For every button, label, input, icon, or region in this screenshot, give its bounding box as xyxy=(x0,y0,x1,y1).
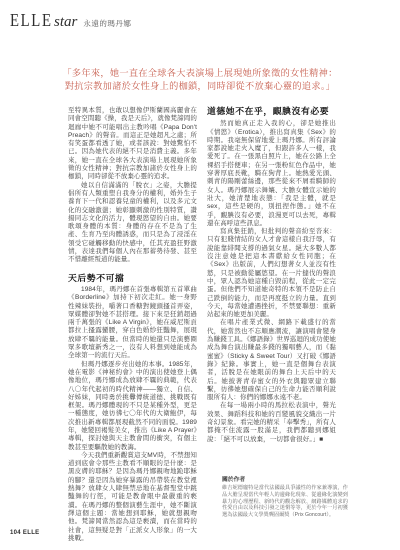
body-paragraph: 至特異本質，也敢以想像伊斯蘭國高麗會在同會空間聽《操，我是天后》，就像梵諦岡的迴… xyxy=(68,107,197,182)
pull-quote-line-1: 「多年來，她一直在全球各大表演場上展現她所象徵的女性精神： xyxy=(40,67,360,80)
section-heading-diva-unstoppable: 天后勢不可擋 xyxy=(68,274,197,282)
body-paragraph: 她以自信滿滿的「脫衣」之姿，大膽提倡所有人類重塑自我身分的權利，婚外生子養育下一… xyxy=(68,182,197,265)
body-paragraph: 在唱片產業式微、網路下載盛行的當代，她當然也不忘順應潮流，讓演唱會變身為賺錢工具… xyxy=(207,319,336,402)
body-paragraph: 1984年，瑪丹娜在首張專輯第五首單曲《Borderline》加持下初次走紅。她… xyxy=(68,286,197,361)
body-paragraph: 然而她真正走入我的心，卻是她推出《情慾》（Erotica），推出寫真集《Sex》… xyxy=(207,120,336,228)
body-paragraph: 但瑪丹娜逐步亮出她的本事。1985年，她在電影《神秘約會》中的演出使她登上偶像地… xyxy=(68,361,197,452)
magazine-page: ELLE star 永遠的瑪丹娜 「多年來，她一直在全球各大表演場上展現她所象徵… xyxy=(0,0,400,550)
left-column: 至特異本質，也敢以想像伊斯蘭國高麗會在同會空間聽《操，我是天后》，就像梵諦岡的迴… xyxy=(68,107,197,543)
page-header: ELLE star 永遠的瑪丹娜 xyxy=(10,10,131,31)
pull-quote: 「多年來，她一直在全球各大表演場上展現她所象徵的女性精神： 對抗宗教加諸於女性身… xyxy=(40,67,360,94)
section-heading-morality: 道德她不在乎，靦腆沒有必要 xyxy=(207,107,336,115)
elle-logo: ELLE xyxy=(10,10,53,31)
body-paragraph: 今天我們重新觀賞這支MV時，不禁想知道到底會令那些主教看不順眼的是什麼：是黑皮膚… xyxy=(68,452,197,543)
about-author-footnote: 關於作者 維吉妮德龐特是當代法國最具爭議性的作家兼導演，作品大膽呈現當代年輕人的… xyxy=(222,474,348,519)
article-subtitle: 永遠的瑪丹娜 xyxy=(83,18,131,29)
pull-quote-line-2: 對抗宗教加諸於女性身上的枷鎖，同時卻從不放棄心靈的追求。」 xyxy=(40,80,360,93)
body-paragraph: 寫真集狂銷，但批判的聲音紛至沓來：只有犯賤情結的女人才會這樣自我汙辱，有說能靠緋… xyxy=(207,228,336,319)
body-paragraph: 在每一場兩小時的馬拉松表演中，聲光效果、舞蹈科技和她的百變風貌交織出一片奇幻景象… xyxy=(207,402,336,443)
section-label: star xyxy=(54,14,77,31)
footnote-title: 關於作者 xyxy=(222,474,348,483)
footnote-body: 維吉妮德龐特是當代法國最具爭議性的作家兼導演，作品大膽呈現當代年輕人的邊緣化現象… xyxy=(222,485,348,519)
page-number-brand: ELLE xyxy=(23,530,40,536)
page-number-value: 104 xyxy=(10,530,21,536)
page-number: 104ELLE xyxy=(10,530,39,536)
